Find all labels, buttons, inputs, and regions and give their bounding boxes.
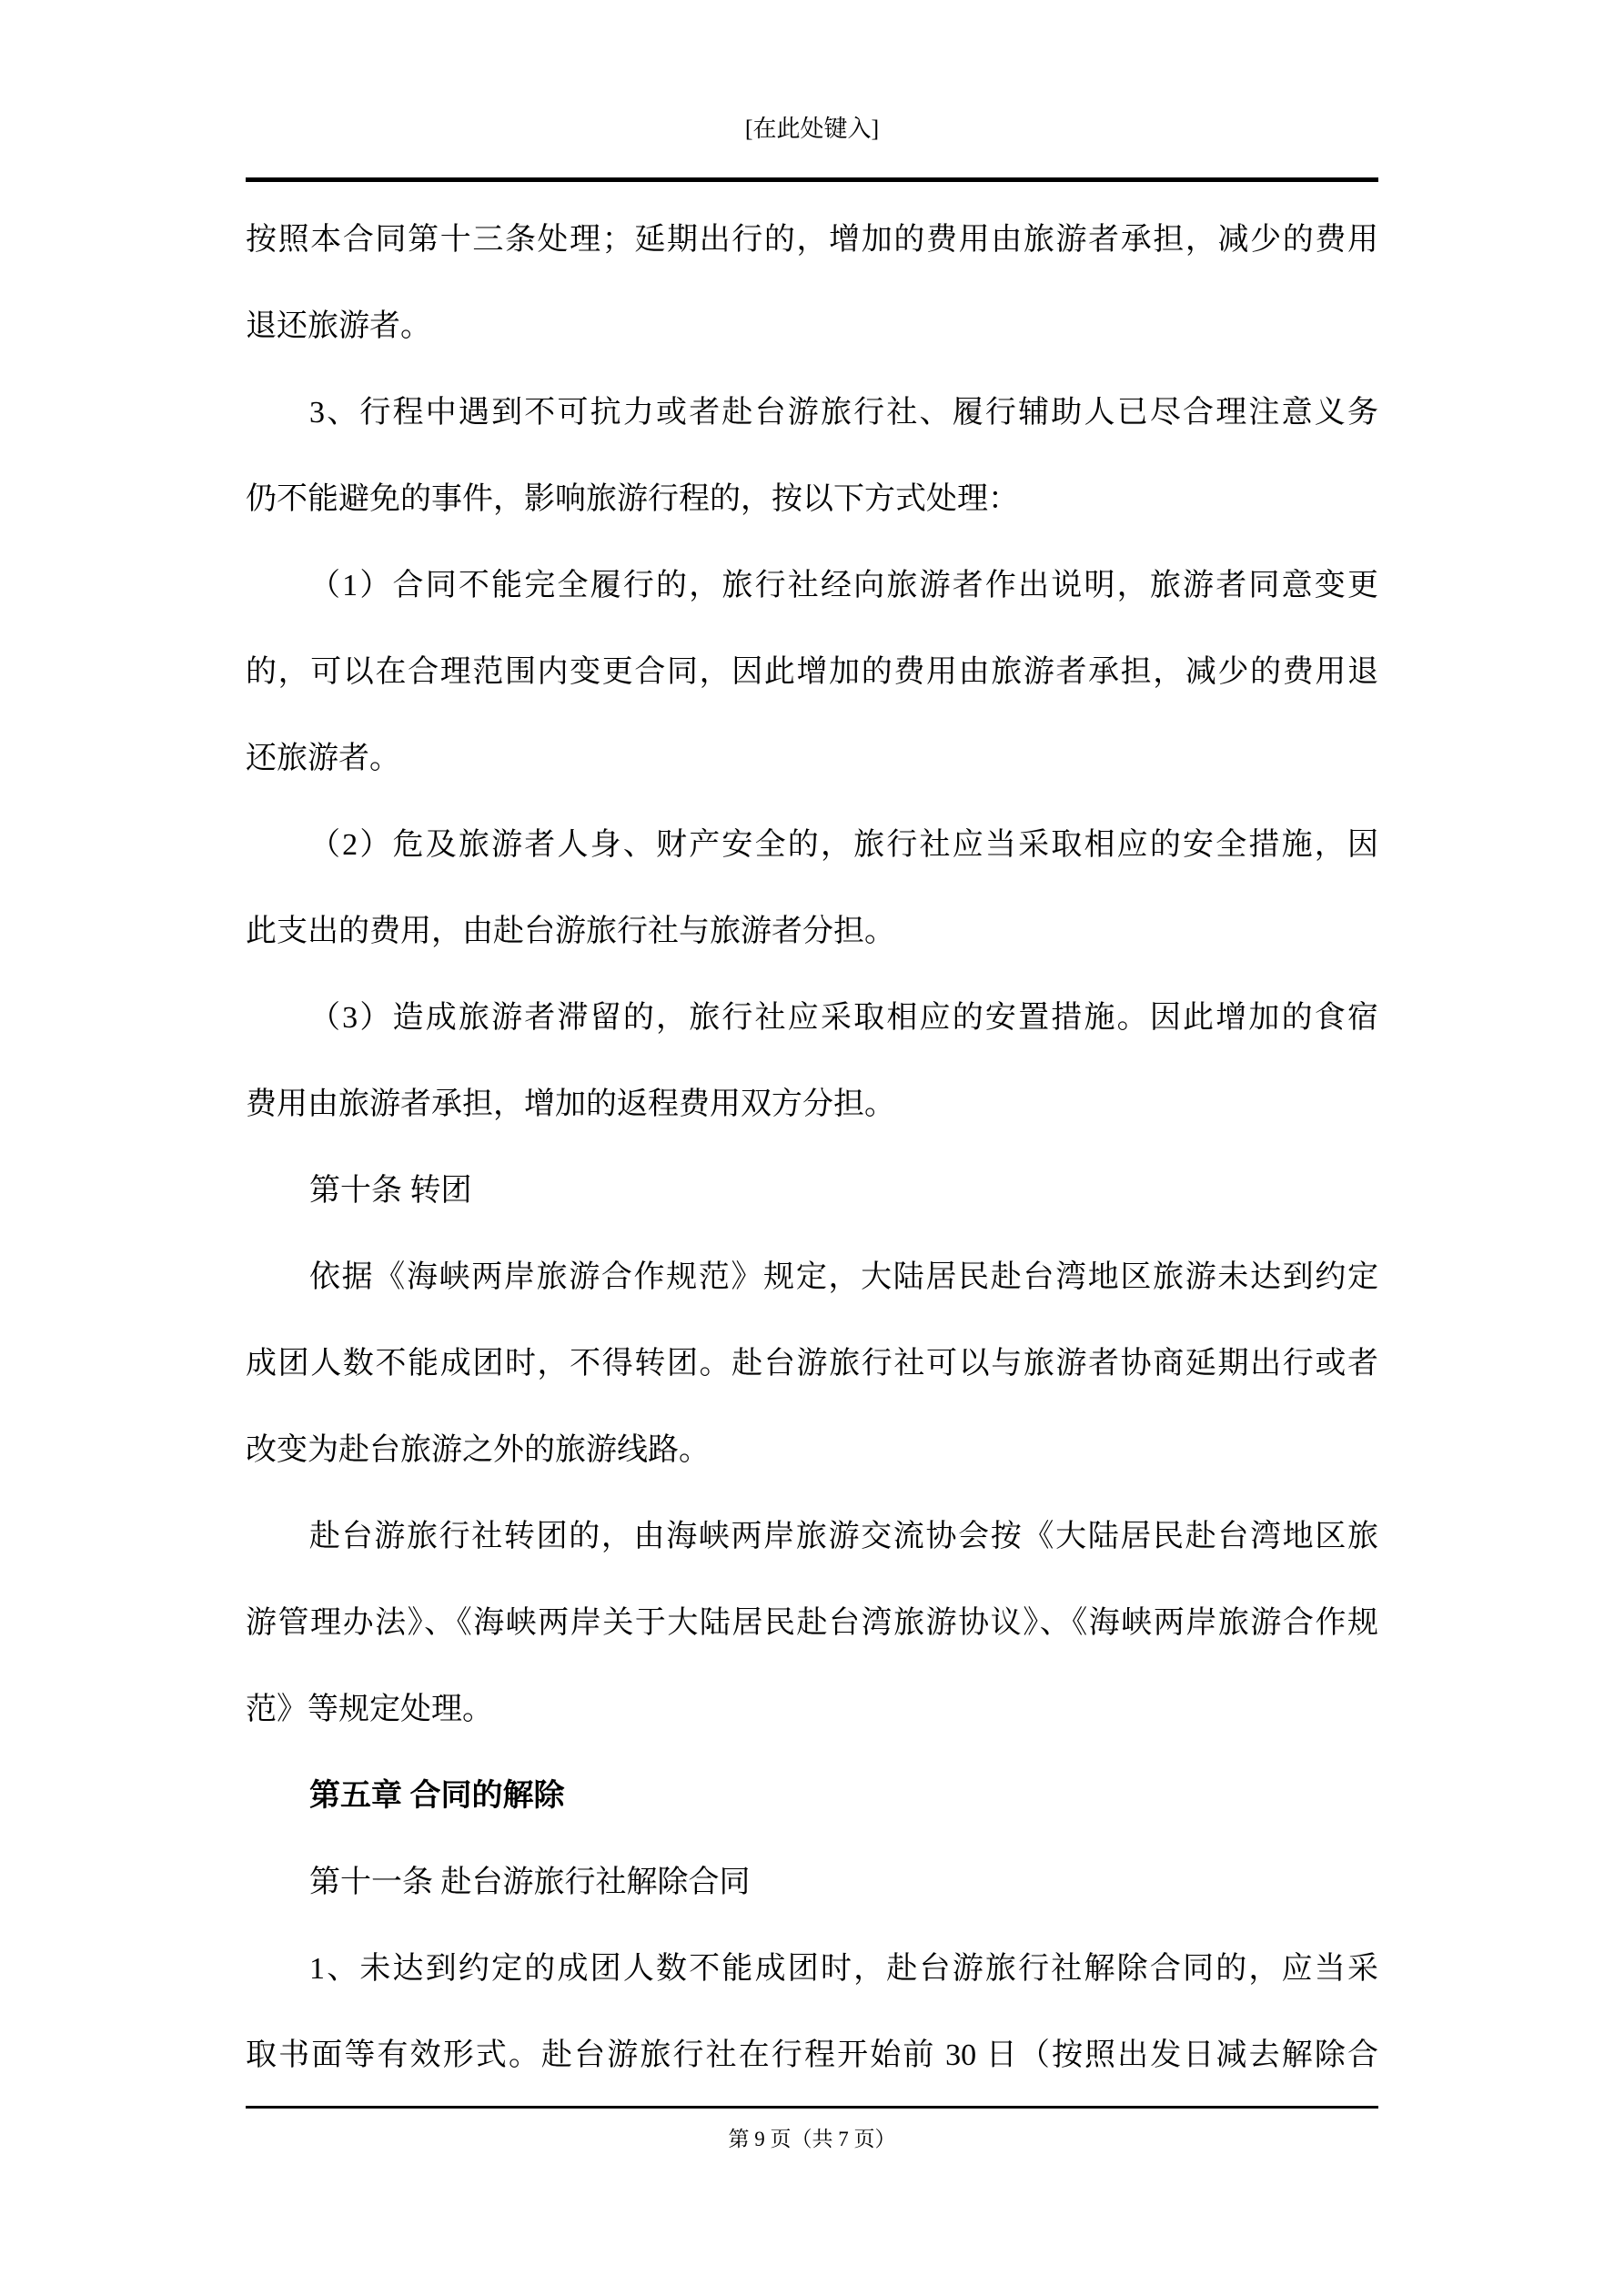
text-line: 范》等规定处理。 bbox=[246, 1666, 1378, 1753]
text-line: （1）合同不能完全履行的，旅行社经向旅游者作出说明，旅游者同意变更 bbox=[246, 542, 1378, 629]
text-line: 游管理办法》、《海峡两岸关于大陆居民赴台湾旅游协议》、《海峡两岸旅游合作规 bbox=[246, 1580, 1378, 1666]
footer-rule bbox=[246, 2106, 1378, 2109]
text-line: （3）造成旅游者滞留的，旅行社应采取相应的安置措施。因此增加的食宿 bbox=[246, 975, 1378, 1061]
text-line: 取书面等有效形式。赴台游旅行社在行程开始前 30 日（按照出发日减去解除合 bbox=[246, 2012, 1378, 2099]
text-line: 退还旅游者。 bbox=[246, 283, 1378, 369]
header-rule bbox=[246, 177, 1378, 182]
text-line: 第十条 转团 bbox=[246, 1148, 1378, 1234]
chapter-heading: 第五章 合同的解除 bbox=[246, 1753, 1378, 1839]
text-line: 第十一条 赴台游旅行社解除合同 bbox=[246, 1839, 1378, 1926]
text-line: 还旅游者。 bbox=[246, 715, 1378, 802]
text-line: 赴台游旅行社转团的，由海峡两岸旅游交流协会按《大陆居民赴台湾地区旅 bbox=[246, 1493, 1378, 1580]
text-line: 依据《海峡两岸旅游合作规范》规定，大陆居民赴台湾地区旅游未达到约定 bbox=[246, 1234, 1378, 1320]
document-page: [在此处键入] 按照本合同第十三条处理；延期出行的，增加的费用由旅游者承担，减少… bbox=[0, 0, 1624, 2296]
text-line: 成团人数不能成团时，不得转团。赴台游旅行社可以与旅游者协商延期出行或者 bbox=[246, 1320, 1378, 1407]
text-line: 3、行程中遇到不可抗力或者赴台游旅行社、履行辅助人已尽合理注意义务 bbox=[246, 369, 1378, 456]
text-line: 此支出的费用，由赴台游旅行社与旅游者分担。 bbox=[246, 888, 1378, 975]
text-line: 仍不能避免的事件，影响旅游行程的，按以下方式处理： bbox=[246, 456, 1378, 542]
page-number: 第 9 页（共 7 页） bbox=[729, 2128, 896, 2150]
text-line: 改变为赴台旅游之外的旅游线路。 bbox=[246, 1407, 1378, 1493]
document-body: 按照本合同第十三条处理；延期出行的，增加的费用由旅游者承担，减少的费用退还旅游者… bbox=[246, 197, 1378, 2099]
text-line: 按照本合同第十三条处理；延期出行的，增加的费用由旅游者承担，减少的费用 bbox=[246, 197, 1378, 283]
header-placeholder-text: [在此处键入] bbox=[745, 116, 879, 142]
text-line: 费用由旅游者承担，增加的返程费用双方分担。 bbox=[246, 1061, 1378, 1148]
page-header: [在此处键入] bbox=[0, 115, 1624, 144]
text-line: 的，可以在合理范围内变更合同，因此增加的费用由旅游者承担，减少的费用退 bbox=[246, 629, 1378, 715]
text-line: 1、未达到约定的成团人数不能成团时，赴台游旅行社解除合同的，应当采 bbox=[246, 1926, 1378, 2012]
page-footer: 第 9 页（共 7 页） bbox=[0, 2126, 1624, 2153]
text-line: （2）危及旅游者人身、财产安全的，旅行社应当采取相应的安全措施，因 bbox=[246, 802, 1378, 888]
